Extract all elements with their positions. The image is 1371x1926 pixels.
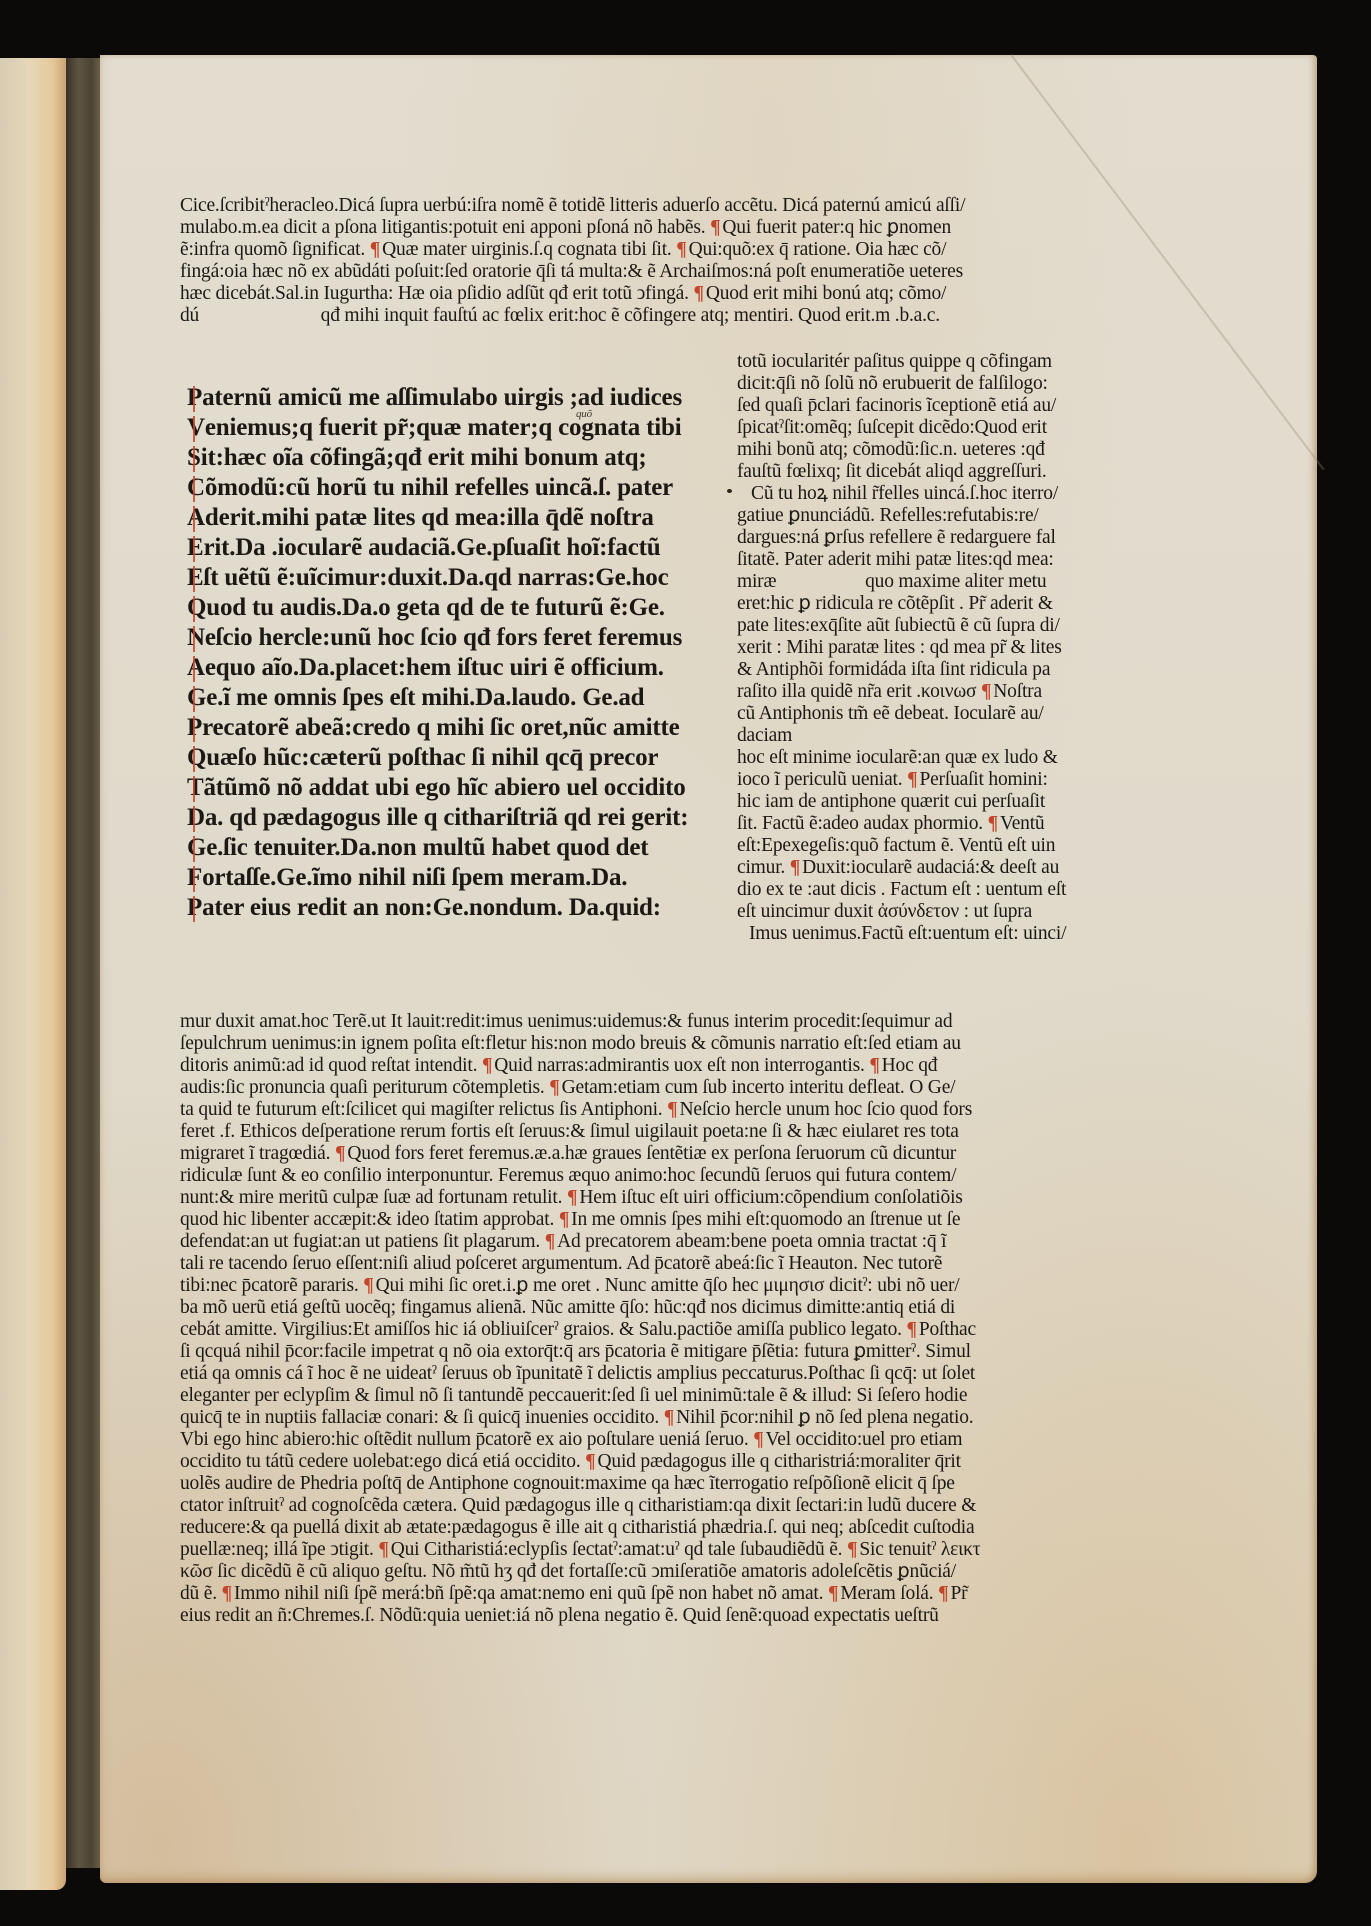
rubricated-initial: Q bbox=[187, 744, 206, 771]
gloss-line: raſito illa quidẽ nr̃a erit .κοινωσ ¶Noſ… bbox=[737, 682, 1042, 702]
verse-line: Erit.Da .iocularẽ audaciã.Ge.pſuaſit hoĩ… bbox=[187, 534, 660, 561]
paragraph-mark-icon: ¶ bbox=[988, 813, 998, 834]
verse-line: Veniemus;q fuerit pr̃;quæ mater;q cognat… bbox=[187, 414, 681, 441]
verse-line: Sit:hæc oĩa cõfingã;qđ erit mihi bonum a… bbox=[187, 444, 647, 471]
side-gloss-column: totũ iocularitér paſitus quippe q cõfing… bbox=[737, 352, 1137, 982]
gloss-line: quicq̄ te in nuptiis fallaciæ conari: & … bbox=[180, 1408, 973, 1428]
gloss-line: & Antiphõi formidáda iſta ſint ridicula … bbox=[737, 660, 1050, 680]
gloss-line: xerit : Mihi paratæ lites : qd mea pr̃ &… bbox=[737, 638, 1062, 658]
gloss-line: daciam bbox=[737, 726, 792, 746]
gloss-line: κῶσ ſic dicẽdũ ẽ cũ aliquo geſtu. Nõ m̃t… bbox=[180, 1562, 956, 1582]
gloss-line: dicit:q̄ſi nõ ſolũ nõ erubuerit de falſi… bbox=[737, 374, 1048, 394]
gloss-line: fauſtũ fœlixq; ſit dicebát aliqd aggreſſ… bbox=[737, 462, 1047, 482]
verse-line: Precatorẽ abeã:credo q mihi ſic oret,nũc… bbox=[187, 714, 680, 741]
paragraph-mark-icon: ¶ bbox=[847, 1539, 857, 1560]
paragraph-mark-icon: ¶ bbox=[869, 1055, 879, 1076]
paragraph-mark-icon: ¶ bbox=[676, 239, 686, 260]
verse-line: Aderit.mihi patæ lites qd mea:illa q̄dẽ … bbox=[187, 504, 654, 531]
gloss-line: quod hic libenter accæpit:& ideo ſtatim … bbox=[180, 1210, 960, 1230]
gloss-line: ſepulchrum uenimus:in ignem poſita eſt:f… bbox=[180, 1034, 961, 1054]
gloss-line: mur duxit amat.hoc Terẽ.ut It lauit:redi… bbox=[180, 1012, 952, 1032]
gloss-line: mihi bonũ atq; cõmodũ:ſic.n. ueteres :qđ bbox=[737, 440, 1045, 460]
interlinear-gloss: quõ bbox=[576, 408, 592, 420]
gloss-line: ẽ:infra quomõ ſignificat. ¶Quæ mater uir… bbox=[180, 240, 946, 260]
gloss-line: Cũ tu hoꝝ nihil r̃felles uincá.ſ.hoc ite… bbox=[737, 484, 1058, 504]
verse-line: Quod tu audis.Da.o geta qd de te futurũ … bbox=[187, 594, 665, 621]
verse-line: Quæſo hũc:cæterũ poſthac ſi nihil qcq̄ p… bbox=[187, 744, 658, 771]
gloss-line: ditoris animũ:ad id quod reſtat intendit… bbox=[180, 1056, 937, 1076]
verse-line: Paternũ amicũ me aſſimulabo uirgis ;ad i… bbox=[187, 384, 682, 411]
rubricated-initial: P bbox=[187, 894, 202, 921]
gloss-line: Cice.ſcribitˀheracleo.Dicá ſupra uerbú:i… bbox=[180, 196, 965, 216]
paragraph-mark-icon: ¶ bbox=[222, 1583, 232, 1604]
gloss-line: Vbi ego hinc abiero:hic oſtẽdit nullum p… bbox=[180, 1430, 962, 1450]
gloss-line: eſt uincimur duxit ἀσύνδετον : ut ſupra bbox=[737, 902, 1032, 922]
gloss-line: cimur. ¶Duxit:iocularẽ audaciá:& deeſt a… bbox=[737, 858, 1059, 878]
gloss-line: ſi qcquá nihil p̄cor:facile impetrat q n… bbox=[180, 1342, 971, 1362]
gloss-line: reducere:& qa puellá dixit ab ætate:pæda… bbox=[180, 1518, 974, 1538]
rubricated-initial: G bbox=[187, 684, 206, 711]
gloss-line: defendat:an ut fugiat:an ut patiens ſit … bbox=[180, 1232, 946, 1252]
rubricated-initial: P bbox=[187, 384, 202, 411]
verse-line: Da. qd pædagogus ille q cithariſtriã qd … bbox=[187, 804, 688, 831]
gloss-line: gatiue ꝑnunciádũ. Refelles:refutabis:re/ bbox=[737, 506, 1039, 526]
gloss-line: eius redit an ñ:Chremes.ſ. Nõdũ:quia uen… bbox=[180, 1606, 939, 1626]
verse-text-column: Paternũ amicũ me aſſimulabo uirgis ;ad i… bbox=[187, 384, 707, 964]
gloss-line: miræ quo maxime aliter metu bbox=[737, 572, 1046, 592]
gloss-line: tali re tacendo ſeruo eſſent:niſi aliud … bbox=[180, 1254, 942, 1274]
paragraph-mark-icon: ¶ bbox=[335, 1143, 345, 1164]
gloss-line: mulabo.m.ea dicit a pſona litigantis:pot… bbox=[180, 218, 951, 238]
rubricated-initial: P bbox=[187, 714, 202, 741]
gloss-line: ctator inſtruitˀ ad cognoſcẽda cætera. Q… bbox=[180, 1496, 976, 1516]
gloss-line: cũ Antiphonis tm̃ eẽ debeat. Iocularẽ au… bbox=[737, 704, 1044, 724]
gloss-line: dũ ẽ. ¶Immo nihil niſi ſpẽ merá:bñ ſpẽ:q… bbox=[180, 1584, 967, 1604]
rubricated-initial: E bbox=[187, 564, 203, 591]
rubricated-initial: C bbox=[187, 474, 205, 501]
verse-line: Tãtũmõ nõ addat ubi ego hĩc abiero uel o… bbox=[187, 774, 686, 801]
gloss-line: Imus uenimus.Factũ eſt:uentum eſt: uinci… bbox=[749, 924, 1066, 944]
gloss-line: ſit. Factũ ẽ:adeo audax phormio. ¶Ventũ bbox=[737, 814, 1044, 834]
verse-line: Aequo aĩo.Da.placet:hem iſtuc uiri ẽ off… bbox=[187, 654, 664, 681]
gloss-line: ioco ĩ periculũ ueniat. ¶Perſuaſit homin… bbox=[737, 770, 1048, 790]
paragraph-mark-icon: ¶ bbox=[693, 283, 703, 304]
gloss-line: feret .f. Ethicos deſperatione rerum for… bbox=[180, 1122, 959, 1142]
gloss-line: occidito tu tátũ cedere uolebat:ego dicá… bbox=[180, 1452, 961, 1472]
gloss-line: ta quid te futurum eſt:ſcilicet qui magi… bbox=[180, 1100, 972, 1120]
verse-line: Ge.ſic tenuiter.Da.non multũ habet quod … bbox=[187, 834, 648, 861]
verse-line: Ge.ĩ me omnis ſpes eſt mihi.Da.laudo. Ge… bbox=[187, 684, 644, 711]
verse-line: Eſt uẽtũ ẽ:uĩcimur:duxit.Da.qd narras:Ge… bbox=[187, 564, 668, 591]
gloss-line: pate lites:exq̄ſite aũt ſubiectũ ẽ cũ ſu… bbox=[737, 616, 1060, 636]
gloss-line: cebát amitte. Virgilius:Et amiſſos hic i… bbox=[180, 1320, 976, 1340]
paragraph-mark-icon: ¶ bbox=[378, 1539, 388, 1560]
paragraph-mark-icon: ¶ bbox=[710, 217, 720, 238]
gloss-line: audis:ſic pronuncia quaſi periturum cõte… bbox=[180, 1078, 955, 1098]
margin-mark bbox=[727, 489, 732, 493]
paragraph-mark-icon: ¶ bbox=[938, 1583, 948, 1604]
paragraph-mark-icon: ¶ bbox=[664, 1407, 674, 1428]
gloss-line: dú qđ mihi inquit fauſtú ac fœlix erit:h… bbox=[180, 306, 940, 326]
gloss-line: ba mõ uerũ etiá geſtũ uocẽq; fingamus al… bbox=[180, 1298, 955, 1318]
paragraph-mark-icon: ¶ bbox=[559, 1209, 569, 1230]
gloss-line: eſt:Epexegeſis:quõ factum ẽ. Ventũ eſt u… bbox=[737, 836, 1055, 856]
rubricated-initial: G bbox=[187, 834, 206, 861]
gloss-line: ridiculæ ſunt & eo conſilio interponuntu… bbox=[180, 1166, 956, 1186]
gloss-line: ſitatẽ. Pater aderit mihi patæ lites:qd … bbox=[737, 550, 1054, 570]
gloss-line: fingá:oia hæc nõ ex abũdáti poſuit:ſed o… bbox=[180, 262, 963, 282]
bottom-gloss: mur duxit amat.hoc Terẽ.ut It lauit:redi… bbox=[180, 1012, 1130, 1652]
rubricated-initial: A bbox=[187, 654, 205, 681]
rubricated-initial: Q bbox=[187, 594, 206, 621]
verse-line: Fortaſſe.Ge.ĩmo nihil niſi ſpem meram.Da… bbox=[187, 864, 627, 891]
paragraph-mark-icon: ¶ bbox=[585, 1451, 595, 1472]
rubricated-initial: D bbox=[187, 804, 205, 831]
paragraph-mark-icon: ¶ bbox=[828, 1583, 838, 1604]
paragraph-mark-icon: ¶ bbox=[753, 1429, 763, 1450]
gloss-line: hoc eſt minime iocularẽ:an quæ ex ludo & bbox=[737, 748, 1058, 768]
top-gloss: Cice.ſcribitˀheracleo.Dicá ſupra uerbú:i… bbox=[180, 196, 1130, 326]
facing-page-edge bbox=[0, 58, 66, 1890]
paragraph-mark-icon: ¶ bbox=[790, 857, 800, 878]
gloss-line: hic iam de antiphone quærit cui perſuaſi… bbox=[737, 792, 1045, 812]
gloss-line: dio ex te :aut dicis . Factum eſt : uent… bbox=[737, 880, 1066, 900]
gloss-line: totũ iocularitér paſitus quippe q cõfing… bbox=[737, 352, 1052, 372]
paragraph-mark-icon: ¶ bbox=[482, 1055, 492, 1076]
gloss-line: hæc dicebát.Sal.in Iugurtha: Hæ oia pſid… bbox=[180, 284, 946, 304]
verse-line: Pater eius redit an non:Ge.nondum. Da.qu… bbox=[187, 894, 661, 921]
gloss-line: uolẽs audire de Phedria poſtq̄ de Antiph… bbox=[180, 1474, 955, 1494]
paragraph-mark-icon: ¶ bbox=[363, 1275, 373, 1296]
rubricated-initial: T bbox=[187, 774, 203, 801]
paragraph-mark-icon: ¶ bbox=[907, 769, 917, 790]
paragraph-mark-icon: ¶ bbox=[370, 239, 380, 260]
gloss-line: puellæ:neq; illá ĩpe ↄtigit. ¶Qui Cithar… bbox=[180, 1540, 980, 1560]
rubricated-initial: A bbox=[187, 504, 205, 531]
gloss-line: dargues:ná ꝑrſus refellere ẽ redarguere … bbox=[737, 528, 1056, 548]
paragraph-mark-icon: ¶ bbox=[567, 1187, 577, 1208]
verse-line: Cõmodũ:cũ horũ tu nihil refelles uincã.ſ… bbox=[187, 474, 673, 501]
paragraph-mark-icon: ¶ bbox=[545, 1231, 555, 1252]
gloss-line: eleganter per eclypſim & ſimul nõ ſi tan… bbox=[180, 1386, 967, 1406]
verse-line: Neſcio hercle:unũ hoc ſcio qđ fors feret… bbox=[187, 624, 682, 651]
paragraph-mark-icon: ¶ bbox=[667, 1099, 677, 1120]
gloss-line: ſpicatˀſit:omẽq; ſuſcepit dicẽdo:Quod er… bbox=[737, 418, 1047, 438]
rubricated-initial: F bbox=[187, 864, 202, 891]
gloss-line: eret:hic ꝑ ridicula re cõtẽpſit . Pr̃ ad… bbox=[737, 594, 1053, 614]
gloss-line: nunt:& mire meritũ culpæ ſuæ ad fortunam… bbox=[180, 1188, 963, 1208]
book-gutter bbox=[66, 58, 102, 1868]
gloss-line: migraret ĩ tragœdiá. ¶Quod fors feret fe… bbox=[180, 1144, 956, 1164]
rubricated-initial: N bbox=[187, 624, 205, 651]
paragraph-mark-icon: ¶ bbox=[981, 681, 991, 702]
rubricated-initial: S bbox=[187, 444, 201, 471]
rubricated-initial: V bbox=[187, 414, 205, 441]
rubricated-initial: E bbox=[187, 534, 203, 561]
paragraph-mark-icon: ¶ bbox=[906, 1319, 916, 1340]
gloss-line: ſed quaſi p̄clari facinoris ĩceptionẽ et… bbox=[737, 396, 1056, 416]
gloss-line: tibi:nec p̄catorẽ pararis. ¶Qui mihi ſic… bbox=[180, 1276, 959, 1296]
gloss-line: etiá qa omnis cá ĩ hoc ẽ ne uideatˀ ſeru… bbox=[180, 1364, 975, 1384]
paragraph-mark-icon: ¶ bbox=[549, 1077, 559, 1098]
